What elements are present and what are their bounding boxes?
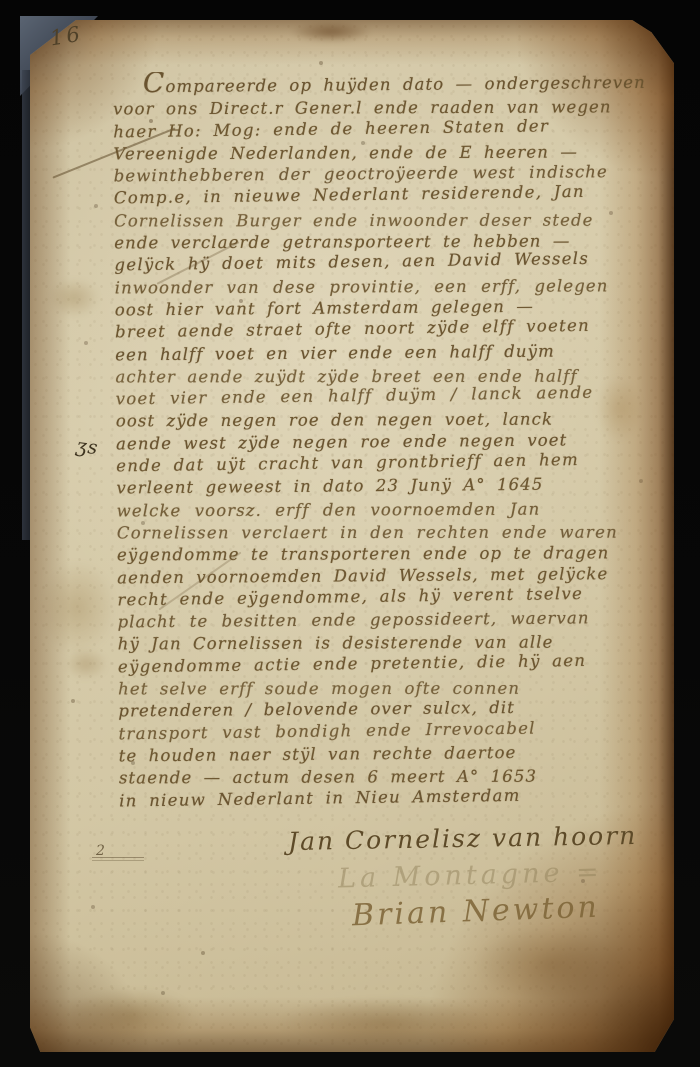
lower-margin-mark: 2 <box>96 843 105 859</box>
manuscript-line: Cornelissen verclaert in den rechten end… <box>117 521 673 544</box>
manuscript-line: het selve erff soude mogen ofte connen <box>118 677 674 700</box>
manuscript-line: inwoonder van dese provintie, een erff, … <box>115 275 671 300</box>
manuscript-line: placht te besitten ende gepossideert, wa… <box>117 607 673 634</box>
stain <box>66 988 196 1044</box>
stain <box>64 648 108 680</box>
margin-paraph-mark: ʒs <box>75 435 100 460</box>
manuscript-photo: 16 ʒs 2 Compareerde op huÿden dato — ond… <box>0 0 700 1067</box>
stain <box>48 278 100 318</box>
stain <box>292 22 370 42</box>
manuscript-line: Compareerde op huÿden dato — ondergeschr… <box>113 68 669 99</box>
manuscript-line: welcke voorsz. erff den voornoemden Jan <box>117 498 673 523</box>
manuscript-body-text: Compareerde op huÿden dato — ondergeschr… <box>113 68 675 813</box>
stain <box>38 560 116 656</box>
ink-specks <box>0 0 2 2</box>
manuscript-line: oost zÿde negen roe den negen voet, lanc… <box>116 408 672 433</box>
page-number: 16 <box>48 22 84 51</box>
stain <box>280 998 490 1048</box>
manuscript-line: een halff voet en vier ende een halff du… <box>115 339 671 366</box>
signature-jan-cornelisz-van-hoorn: Jan Cornelisz van hoorn <box>288 821 638 856</box>
manuscript-line: eÿgendomme te transporteren ende op te d… <box>117 542 673 567</box>
manuscript-line: verleent geweest in dato 23 Junÿ A° 1645 <box>116 473 672 500</box>
stain <box>476 926 626 1002</box>
manuscript-line: Cornelissen Burger ende inwoonder deser … <box>114 209 670 232</box>
